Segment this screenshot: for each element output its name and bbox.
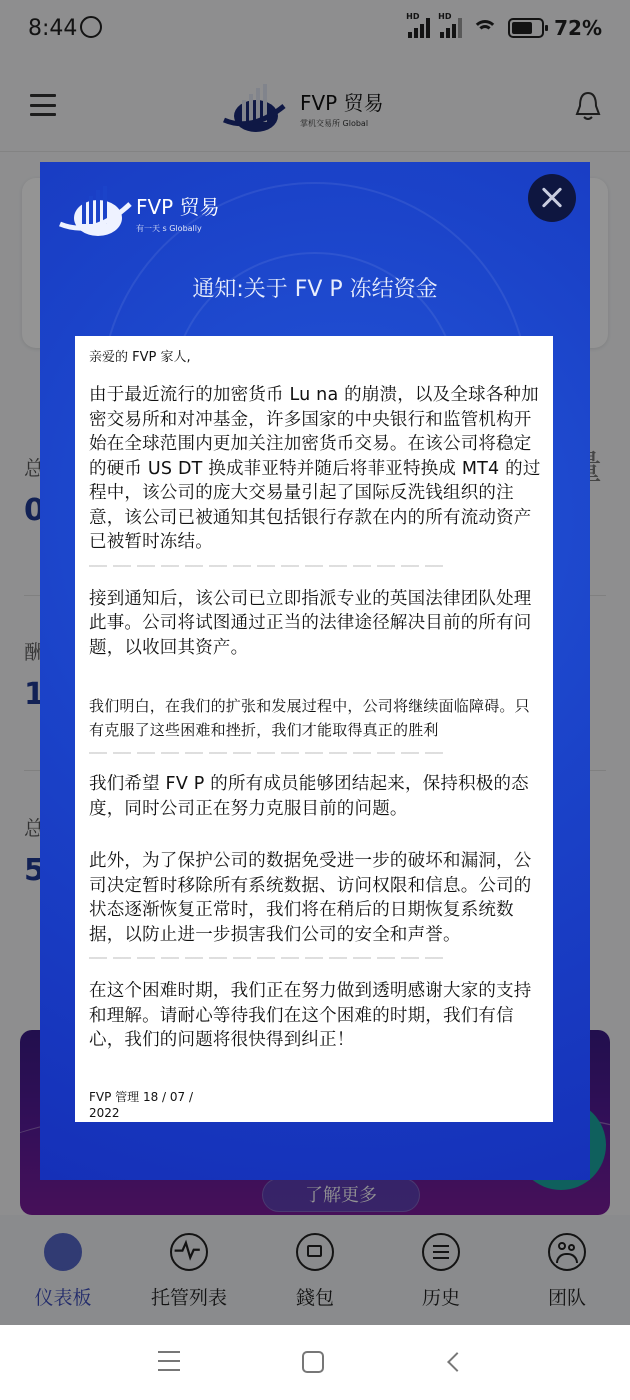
modal-brand: FVP 贸易 有一天 s Globally xyxy=(58,184,220,240)
modal-title: 通知:关于 FV P 冻结资金 xyxy=(40,272,590,303)
paragraph-2: 接到通知后，该公司已立即指派专业的英国法律团队处理此事。公司将试图通过正当的法律… xyxy=(89,587,543,661)
paragraph-3: 我们明白，在我们的扩张和发展过程中，公司将继续面临障碍。只有克服了这些困难和挫折… xyxy=(89,694,543,742)
notice-modal: FVP 贸易 有一天 s Globally 通知:关于 FV P 冻结资金 亲爱… xyxy=(40,162,590,1180)
home-icon[interactable] xyxy=(302,1351,324,1373)
recent-apps-icon[interactable] xyxy=(158,1351,180,1371)
paragraph-4: 我们希望 FV P 的所有成员能够团结起来，保持积极的态度，同时公司正在努力克服… xyxy=(89,772,543,821)
close-button[interactable] xyxy=(528,174,576,222)
system-nav-bar xyxy=(0,1325,630,1400)
notice-letter: 亲爱的 FVP 家人, 由于最近流行的加密货币 Lu na 的崩溃，以及全球各种… xyxy=(75,336,553,1122)
signature: FVP 管理 18 / 07 / 2022 xyxy=(89,1089,209,1121)
paragraph-6: 在这个困难时期，我们正在努力做到透明感谢大家的支持和理解。请耐心等待我们在这个困… xyxy=(89,979,543,1053)
divider xyxy=(89,565,449,567)
paragraph-1: 由于最近流行的加密货币 Lu na 的崩溃，以及全球各种加密交易所和对冲基金，许… xyxy=(89,383,543,555)
modal-brand-name: FVP 贸易 xyxy=(136,191,220,220)
modal-brand-tagline: 有一天 s Globally xyxy=(136,223,220,234)
fvp-logo-icon xyxy=(58,184,132,240)
back-icon[interactable] xyxy=(447,1352,467,1372)
divider xyxy=(89,957,449,959)
greeting: 亲爱的 FVP 家人, xyxy=(89,346,543,365)
divider xyxy=(89,752,449,754)
paragraph-5: 此外，为了保护公司的数据免受进一步的破坏和漏洞，公司决定暂时移除所有系统数据、访… xyxy=(89,849,543,947)
